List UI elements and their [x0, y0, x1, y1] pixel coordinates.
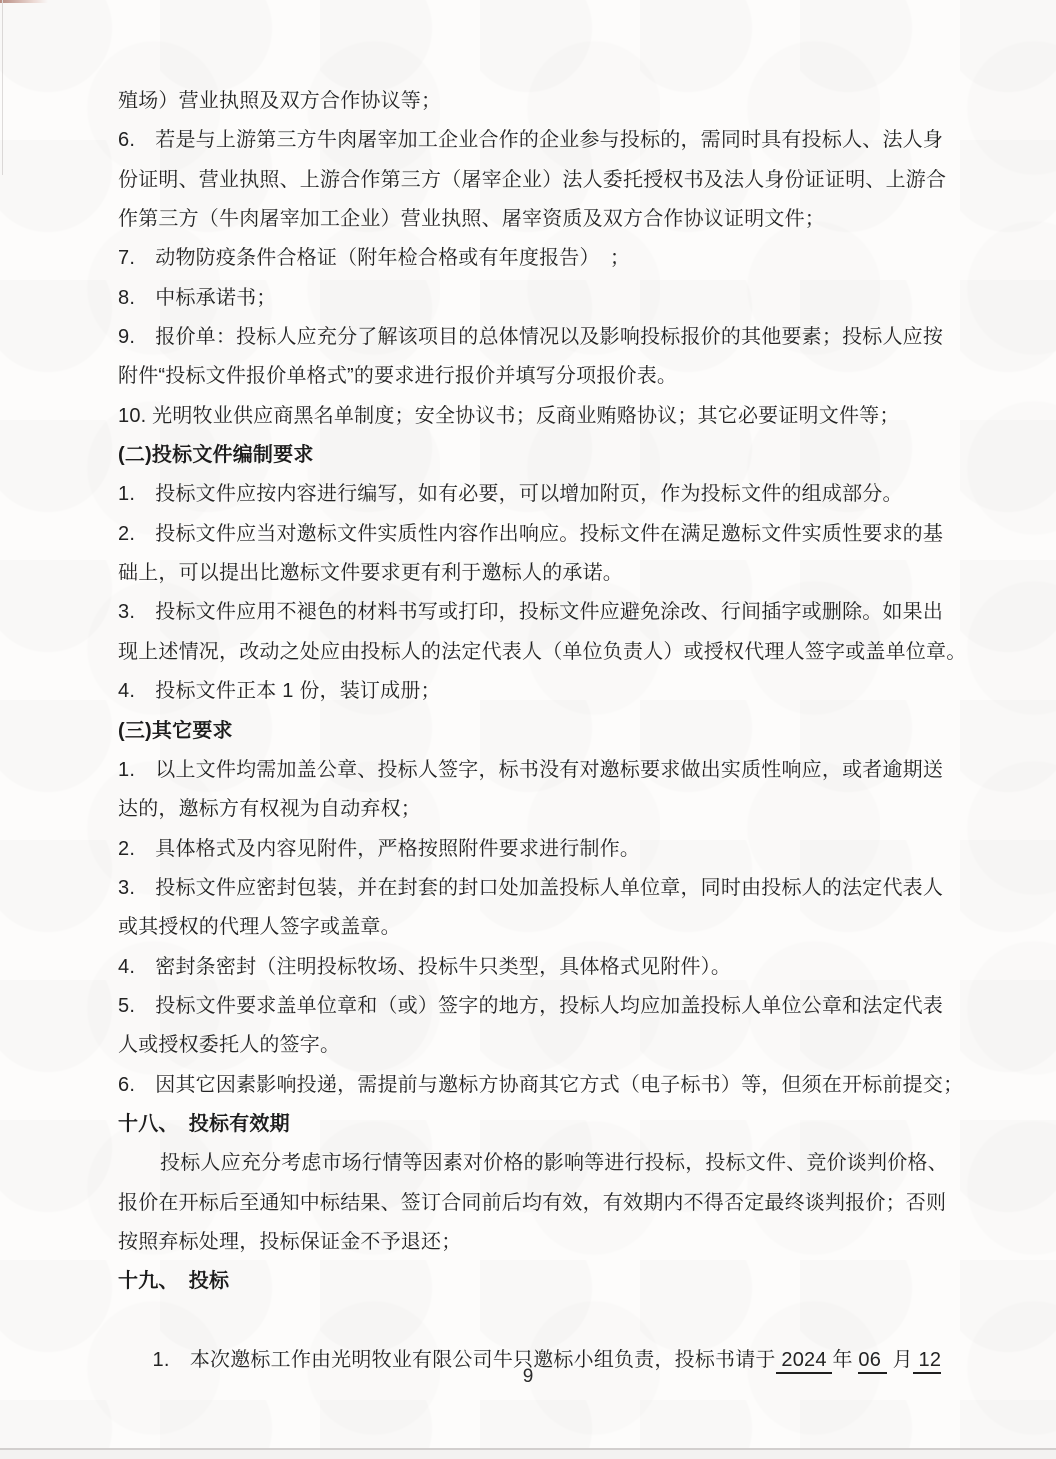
doc-line: 达的，邀标方有权视为自动弃权；: [118, 790, 946, 829]
doc-line: 附件“投标文件报价单格式”的要求进行报价并填写分项报价表。: [118, 357, 946, 396]
doc-line-item-9: 9. 报价单：投标人应充分了解该项目的总体情况以及影响投标报价的其他要素；投标人…: [118, 318, 946, 357]
document-text-block: 殖场）营业执照及双方合作协议等； 6. 若是与上游第三方牛肉屠宰加工企业合作的企…: [118, 82, 946, 1341]
doc-line-date: 1. 本次邀标工作由光明牧业有限公司牛只邀标小组负责，投标书请于 2024 年 …: [118, 1302, 946, 1341]
doc-line: 报价在开标后至通知中标结果、签订合同前后均有效，有效期内不得否定最终谈判报价；否…: [118, 1184, 946, 1223]
doc-line-item-8: 8. 中标承诺书；: [118, 279, 946, 318]
doc-line: 或其授权的代理人签字或盖章。: [118, 908, 946, 947]
doc-line: 现上述情况，改动之处应由投标人的法定代表人（单位负责人）或授权代理人签字或盖单位…: [118, 633, 946, 672]
doc-line-item-4: 4. 密封条密封（注明投标牧场、投标牛只类型，具体格式见附件）。: [118, 948, 946, 987]
doc-line-item-6: 6. 因其它因素影响投递，需提前与邀标方协商其它方式（电子标书）等，但须在开标前…: [118, 1066, 946, 1105]
doc-line-item-5: 5. 投标文件要求盖单位章和（或）签字的地方，投标人均应加盖投标人单位公章和法定…: [118, 987, 946, 1026]
doc-line: 础上，可以提出比邀标文件要求更有利于邀标人的承诺。: [118, 554, 946, 593]
doc-line: 人或授权委托人的签字。: [118, 1026, 946, 1065]
section-heading-3: (三)其它要求: [118, 712, 946, 751]
doc-line-item-1: 1. 以上文件均需加盖公章、投标人签字，标书没有对邀标要求做出实质性响应，或者逾…: [118, 751, 946, 790]
scan-artifact-bottom-strip: [0, 1450, 1056, 1459]
chapter-heading-18-bid-validity: 十八、 投标有效期: [118, 1105, 946, 1144]
doc-line-item-2: 2. 投标文件应当对邀标文件实质性内容作出响应。投标文件在满足邀标文件实质性要求…: [118, 515, 946, 554]
doc-line: 按照弃标处理，投标保证金不予退还；: [118, 1223, 946, 1262]
doc-line-item-4: 4. 投标文件正本 1 份，装订成册；: [118, 672, 946, 711]
doc-line-item-3: 3. 投标文件应密封包装，并在封套的封口处加盖投标人单位章，同时由投标人的法定代…: [118, 869, 946, 908]
doc-line-item-7: 7. 动物防疫条件合格证（附年检合格或有年度报告） ；: [118, 239, 946, 278]
page-number-footer: 9: [0, 1366, 1056, 1388]
scan-artifact-top-edge: [0, 0, 48, 3]
doc-line-item-6: 6. 若是与上游第三方牛肉屠宰加工企业合作的企业参与投标的，需同时具有投标人、法…: [118, 121, 946, 160]
section-heading-2: (二)投标文件编制要求: [118, 436, 946, 475]
scan-artifact-left-edge: [2, 0, 3, 175]
doc-line: 殖场）营业执照及双方合作协议等；: [118, 82, 946, 121]
doc-line: 投标人应充分考虑市场行情等因素对价格的影响等进行投标，投标文件、竞价谈判价格、: [118, 1144, 946, 1183]
doc-line-item-1: 1. 投标文件应按内容进行编写，如有必要，可以增加附页，作为投标文件的组成部分。: [118, 475, 946, 514]
doc-line-item-2: 2. 具体格式及内容见附件，严格按照附件要求进行制作。: [118, 830, 946, 869]
chapter-heading-19-bidding: 十九、 投标: [118, 1262, 946, 1301]
document-page: 殖场）营业执照及双方合作协议等； 6. 若是与上游第三方牛肉屠宰加工企业合作的企…: [0, 0, 1056, 1448]
doc-line-item-10: 10. 光明牧业供应商黑名单制度；安全协议书；反商业贿赂协议；其它必要证明文件等…: [118, 397, 946, 436]
doc-line: 份证明、营业执照、上游合作第三方（屠宰企业）法人委托授权书及法人身份证证明、上游…: [118, 161, 946, 200]
doc-line: 作第三方（牛肉屠宰加工企业）营业执照、屠宰资质及双方合作协议证明文件；: [118, 200, 946, 239]
doc-line-item-3: 3. 投标文件应用不褪色的材料书写或打印，投标文件应避免涂改、行间插字或删除。如…: [118, 593, 946, 632]
